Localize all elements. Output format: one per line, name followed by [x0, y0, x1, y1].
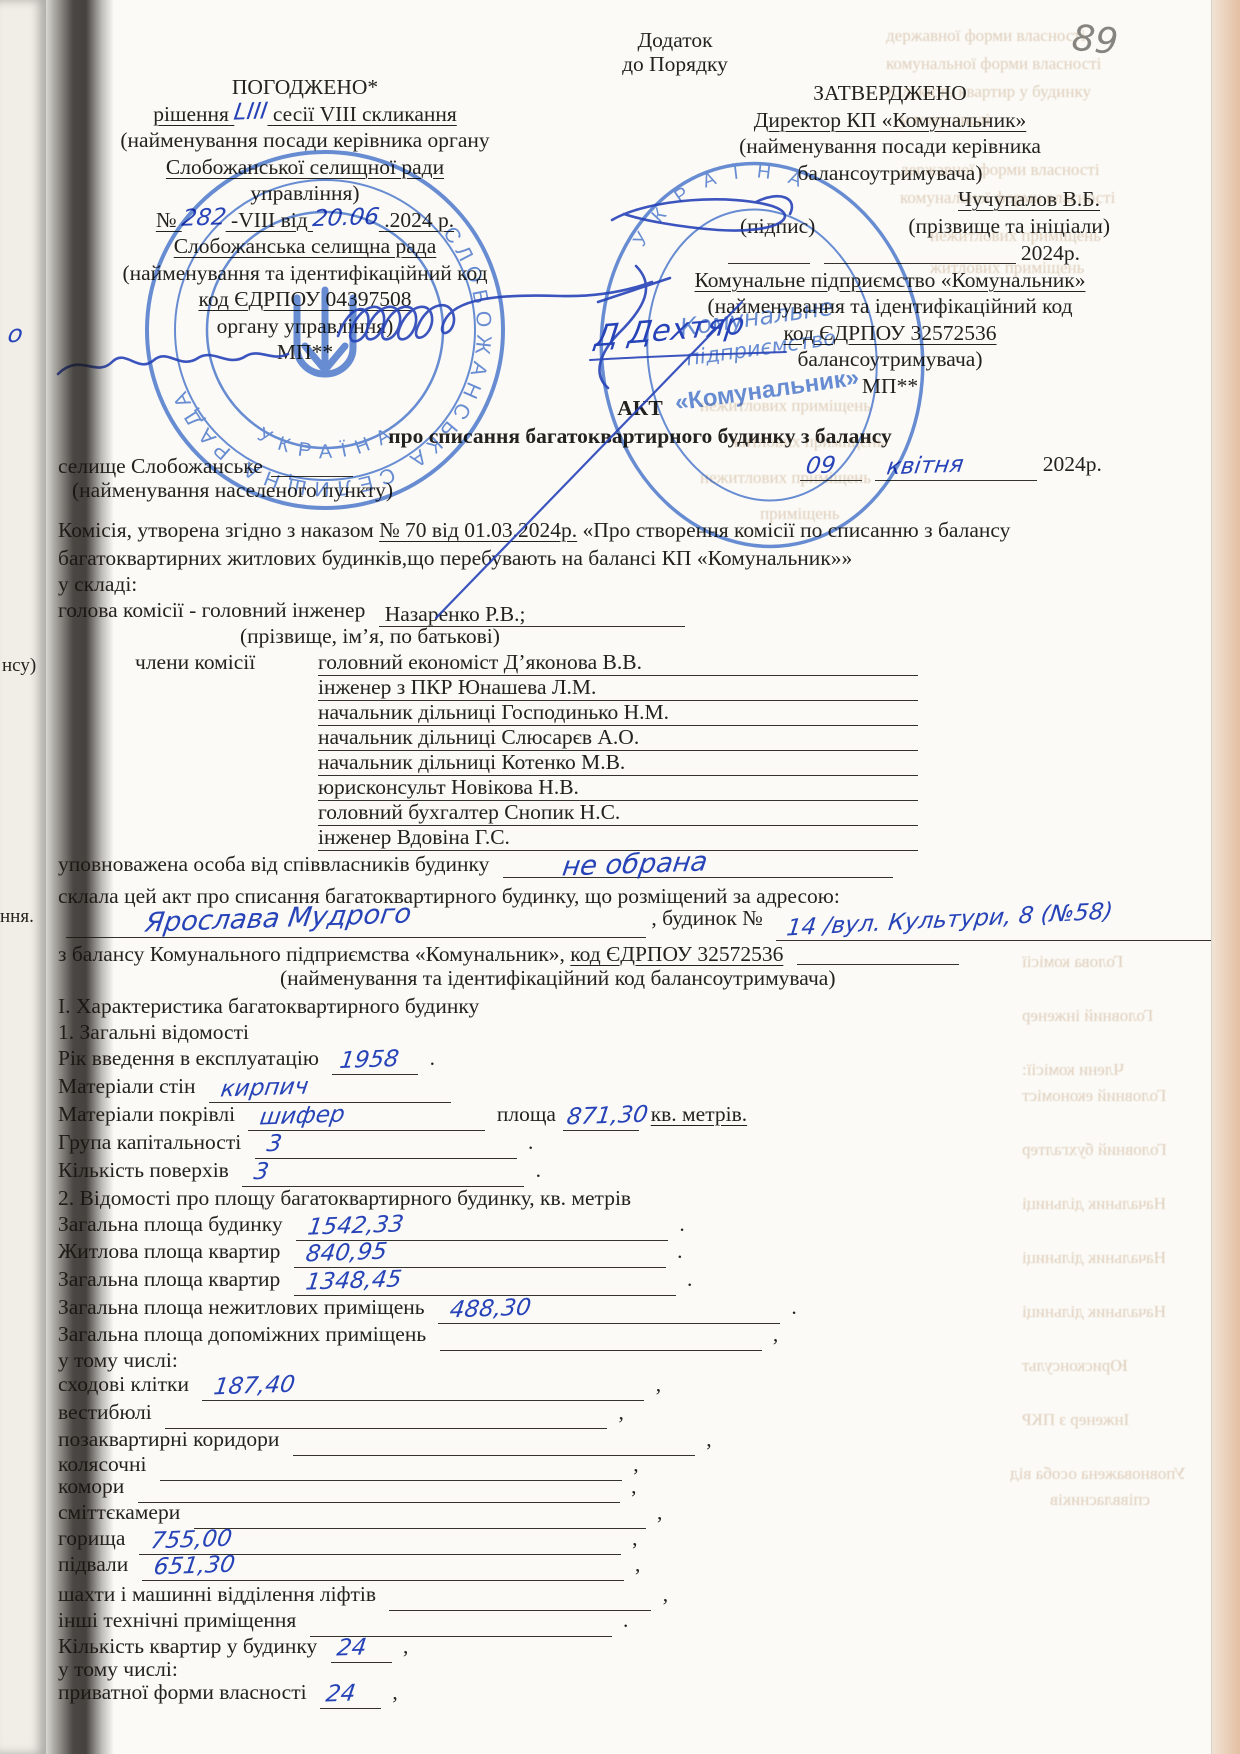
caption-row: (підпис) (прізвище та ініціали)	[640, 213, 1140, 240]
addendum-label: Додаток	[560, 28, 790, 52]
year-row: 2024р.	[640, 239, 1140, 267]
caption: (найменування посади керівника органу	[70, 127, 540, 154]
field-garbage-chambers: сміттєкамери ,	[58, 1500, 662, 1529]
caption: органу управління)	[70, 313, 540, 340]
balance-line: з балансу Комунального підприємства «Ком…	[58, 940, 959, 967]
decision-number-line: № 282 -VIII від 20.06 .2024 р.	[70, 207, 540, 234]
members-label: члени комісії	[135, 650, 255, 675]
building-label: , будинок №	[651, 906, 762, 930]
ghost-text-mirrored: Начальник дільниці	[1022, 1302, 1166, 1322]
blank-line	[824, 239, 1016, 264]
enterprise-name: Комунальне підприємство «Комунальник»	[640, 267, 1140, 294]
ghost-text-mirrored: співвласників	[1050, 1490, 1150, 1510]
balance-code: код ЄДРПОУ 32572536	[570, 942, 783, 966]
date-line: 09 квітня 2024р.	[792, 452, 1102, 481]
field-capital-group: Група капітальності 3 .	[58, 1130, 533, 1159]
approval-block-right: ЗАТВЕРДЖЕНО Директор КП «Комунальник» (н…	[640, 80, 1140, 399]
field-elevator-shafts: шахти і машинні відділення ліфтів ,	[58, 1582, 668, 1611]
order-reference: № 70 від 01.03.2024р.	[379, 518, 577, 542]
to-order-label: до Порядку	[560, 52, 790, 76]
field-year-built: Рік введення в експлуатацію 1958 .	[58, 1046, 435, 1075]
decision-date-handwritten: 20.06	[311, 205, 380, 230]
field-living-area: Житлова площа квартир 840,95 .	[58, 1239, 682, 1268]
day-handwritten: 09	[804, 454, 837, 478]
member-row: юрисконсульт Новікова Н.В.	[318, 775, 918, 801]
member-row: інженер Вдовіна Г.С.	[318, 825, 918, 851]
value-handwritten: 488,30	[448, 1297, 532, 1323]
member-row: начальник дільниці Котенко М.В.	[318, 750, 918, 776]
member-row: начальник дільниці Слюсарєв А.О.	[318, 725, 918, 751]
roof-material-handwritten: шифер	[259, 1104, 347, 1130]
floors-count-handwritten: 3	[253, 1161, 271, 1184]
page-right-edge	[1211, 0, 1240, 1754]
roof-area-handwritten: 871,30	[565, 1104, 649, 1130]
street-field: Ярослава Мудрого	[66, 907, 646, 938]
scanned-act-document: державної форми власності комунальної фо…	[0, 0, 1240, 1754]
wall-material-handwritten: кирпич	[219, 1075, 310, 1101]
ghost-text-mirrored: Начальник дільниці	[1022, 1194, 1166, 1214]
ghost-text-mirrored: Голова комісії	[1022, 952, 1123, 972]
caption: (найменування посади керівника	[640, 133, 1140, 160]
caption: управління)	[70, 180, 540, 207]
member-row: начальник дільниці Господинько Н.М.	[318, 700, 918, 726]
name-caption: (прізвище, ім’я, по батькові)	[240, 624, 500, 649]
section1-heading: І. Характеристика багатоквартирного буди…	[58, 994, 479, 1019]
document-subtitle: про списання багатоквартирного будинку з…	[320, 424, 960, 449]
approval-block-left: ПОГОДЖЕНО* рішення LIII сесії VIII склик…	[70, 74, 540, 366]
year-built-handwritten: 1958	[338, 1048, 400, 1073]
value-handwritten: 651,30	[152, 1554, 236, 1580]
director-title: Директор КП «Комунальник»	[640, 107, 1140, 134]
approved-label: ПОГОДЖЕНО*	[70, 74, 540, 101]
field-basements: підвали 651,30 ,	[58, 1552, 640, 1581]
adjacent-page-edge: о нсу) ння.	[0, 0, 46, 1754]
ghost-text: державної форми власності	[886, 26, 1086, 46]
director-name-line: Чучупалов В.Б.	[640, 186, 1140, 213]
blank-line	[797, 940, 959, 965]
authorized-field: не обрана	[503, 853, 893, 878]
day-field: 09	[800, 456, 862, 481]
field-roof-material: Матеріали покрівлі шифер площа 871,30 кв…	[58, 1102, 747, 1131]
value-handwritten: 840,95	[304, 1241, 388, 1267]
ghost-text-mirrored: Уповноважена особа від	[1010, 1464, 1186, 1484]
blank-line	[271, 452, 353, 477]
commission-paragraph-line2: багатоквартирних житлових будинків,що пе…	[58, 546, 852, 571]
edrpou-code: код ЄДРПОУ 04397508	[70, 286, 540, 313]
page-number-handwritten: 89	[1070, 18, 1120, 64]
field-vestibules: вестибюлі ,	[58, 1400, 624, 1429]
value-handwritten: 1348,45	[304, 1268, 403, 1294]
edge-handwriting: о	[6, 322, 24, 346]
value-handwritten: 755,00	[149, 1528, 233, 1554]
building-field: 14 /вул. Культури, 8 (№58)	[776, 910, 1228, 941]
approved-label: ЗАТВЕРДЖЕНО	[640, 80, 1140, 107]
sign-caption: (підпис)	[740, 213, 815, 240]
ghost-text-mirrored: Юрисконсульт	[1022, 1356, 1128, 1376]
value-handwritten: 24	[335, 1636, 368, 1660]
field-storerooms: комори ,	[58, 1474, 636, 1503]
member-row: головний економіст Д’яконова В.В.	[318, 650, 918, 676]
value-handwritten: 24	[324, 1682, 357, 1706]
document-title: АКТ	[320, 396, 960, 421]
settlement-caption: (найменування населеного пункту)	[72, 478, 393, 503]
mp-label: МП**	[70, 339, 540, 366]
field-other-technical: інші технічні приміщення .	[58, 1608, 628, 1637]
section2-heading: 2. Відомості про площу багатоквартирного…	[58, 1186, 631, 1211]
ghost-text-mirrored: Головний інженер	[1022, 1006, 1153, 1026]
ghost-text-mirrored: Головний економіст	[1022, 1086, 1166, 1106]
field-floors-count: Кількість поверхів 3 .	[58, 1158, 541, 1187]
head-name: Назаренко Р.В.;	[385, 602, 526, 626]
field-auxiliary-area: Загальна площа допоміжних приміщень ,	[58, 1322, 778, 1351]
edge-text-fragment: нсу)	[2, 655, 36, 677]
caption: балансоутримувача)	[640, 346, 1140, 373]
authorized-handwritten: не обрана	[560, 848, 709, 880]
edge-text-fragment: ння.	[0, 906, 34, 928]
address-line: Ярослава Мудрого , будинок № 14 /вул. Ку…	[58, 906, 1228, 941]
month-field: квітня	[875, 456, 1037, 481]
blank-line	[728, 239, 810, 264]
capital-group-handwritten: 3	[265, 1133, 283, 1156]
value-handwritten: 187,40	[213, 1374, 297, 1400]
director-name: Чучупалов В.Б.	[958, 187, 1100, 211]
commission-head-line: голова комісії - головний інженер Назаре…	[58, 598, 685, 627]
field-wall-material: Матеріали стін кирпич	[58, 1074, 451, 1103]
holder-caption: (найменування та ідентифікаційний код ба…	[280, 966, 836, 991]
name-caption: (прізвище та ініціали)	[908, 213, 1110, 240]
decision-number-handwritten: 282	[180, 206, 227, 231]
session-number-handwritten: LIII	[233, 100, 270, 124]
month-handwritten: квітня	[886, 454, 966, 480]
street-handwritten: Ярослава Мудрого	[143, 900, 413, 936]
caption: (найменування та ідентифікаційний код	[70, 260, 540, 287]
field-nonresidential-area: Загальна площа нежитлових приміщень 488,…	[58, 1295, 797, 1324]
member-row: інженер з ПКР Юнашева Л.М.	[318, 675, 918, 701]
field-total-building-area: Загальна площа будинку 1542,33 .	[58, 1212, 685, 1241]
commission-paragraph-line1: Комісія, утворена згідно з наказом № 70 …	[58, 518, 1010, 543]
field-total-apartments-area: Загальна площа квартир 1348,45 .	[58, 1267, 692, 1296]
addendum-block: Додаток до Порядку	[560, 28, 790, 76]
council-name: Слобожанської селищної ради	[70, 154, 540, 181]
ghost-text-mirrored: Члени комісії:	[1022, 1060, 1124, 1080]
year-label: 2024р.	[1043, 452, 1102, 476]
member-row: головний бухгалтер Снопик Н.С.	[318, 800, 918, 826]
value-handwritten: 1542,33	[306, 1213, 405, 1239]
authorized-person-line: уповноважена особа від співвласників буд…	[58, 852, 893, 878]
binding-shadow	[40, 0, 114, 1754]
year-label: 2024р.	[1021, 241, 1080, 265]
field-stairwells: сходові клітки 187,40 ,	[58, 1372, 661, 1401]
field-attics: горища 755,00 ,	[58, 1526, 638, 1555]
decision-line: рішення LIII сесії VIII скликання	[70, 101, 540, 128]
caption: балансоутримувача)	[640, 160, 1140, 187]
ghost-text-mirrored: Інженер з ПКР	[1022, 1410, 1129, 1430]
ghost-text-mirrored: Головний бухгалтер	[1022, 1140, 1167, 1160]
council-name-2: Слобожанська селищна рада	[70, 233, 540, 260]
ghost-text-mirrored: Начальник дільниці	[1022, 1248, 1166, 1268]
building-handwritten: 14 /вул. Культури, 8 (№58)	[785, 901, 1114, 941]
